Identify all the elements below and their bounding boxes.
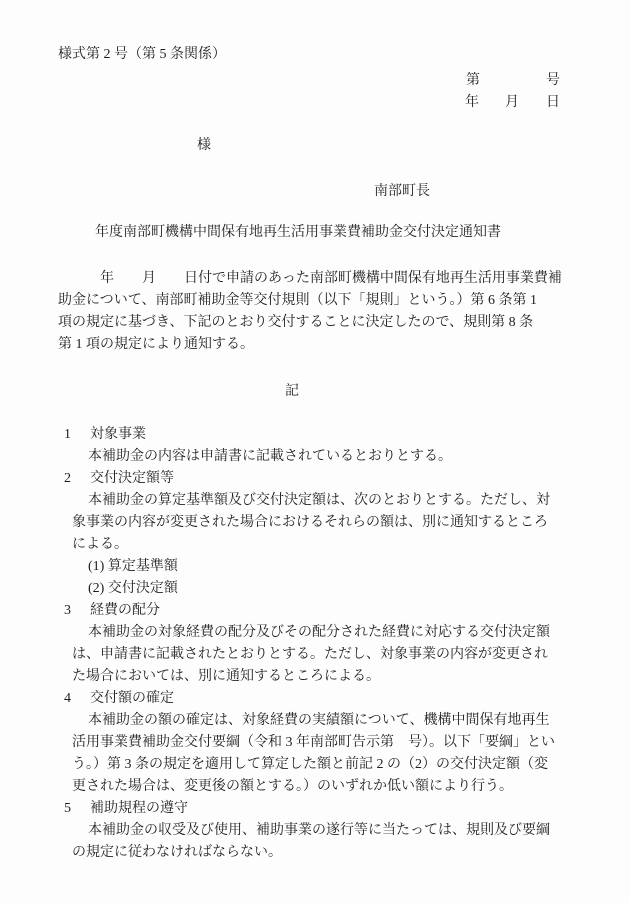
item-number: 4 (64, 688, 90, 710)
intro-line: 年 月 日付で申請のあった南部町機構中間保有地再生活用事業費補 (58, 268, 572, 290)
body-line: の規定に従わなければならない。 (58, 842, 572, 864)
body-line: 本補助金の対象経費の配分及びその配分された経費に対応する交付決定額 (58, 622, 572, 644)
body-line: は、申請書に記載されたとおりとする。ただし、対象事業の内容が変更され (58, 644, 572, 666)
document-number-suffix: 号 (546, 73, 560, 88)
intro-paragraph: 年 月 日付で申請のあった南部町機構中間保有地再生活用事業費補 助金について、南… (58, 268, 572, 356)
item-label: 経費の配分 (90, 603, 160, 618)
sub-item-line: (2) 交付決定額 (58, 578, 572, 600)
document-number: 第号 (58, 70, 572, 92)
item-3-heading: 3経費の配分 (58, 600, 572, 622)
intro-line: 項の規定に基づき、下記のとおり交付することに決定したので、規則第 8 条 (58, 312, 572, 334)
body-line: による。 (58, 534, 572, 556)
item-label: 対象事業 (90, 427, 146, 442)
body-line: 象事業の内容が変更された場合におけるそれらの額は、別に通知するところ (58, 512, 572, 534)
issue-date-month-label: 月 (505, 95, 519, 110)
item-number: 5 (64, 798, 90, 820)
item-label: 交付決定額等 (90, 471, 174, 486)
item-number: 1 (64, 424, 90, 446)
body-line: 更された場合は、変更後の額とする。）のいずれか低い額により行う。 (58, 776, 572, 798)
document-title: 年度南部町機構中間保有地再生活用事業費補助金交付決定通知書 (58, 222, 572, 244)
item-2-heading: 2交付決定額等 (58, 468, 572, 490)
body-line: 本補助金の内容は申請書に記載されているとおりとする。 (58, 446, 572, 468)
issue-date: 年月日 (58, 92, 572, 114)
body-line: 活用事業費補助金交付要綱（令和 3 年南部町告示第 号）。以下「要綱」とい (58, 732, 572, 754)
body-line: 本補助金の額の確定は、対象経費の実績額について、機構中間保有地再生 (58, 710, 572, 732)
issue-date-day-label: 日 (546, 95, 560, 110)
document-number-prefix: 第 (466, 73, 480, 88)
sender-title: 南部町長 (58, 181, 572, 203)
item-label: 補助規程の遵守 (90, 801, 188, 816)
item-1-heading: 1対象事業 (58, 424, 572, 446)
sub-item-line: (1) 算定基準額 (58, 556, 572, 578)
body-line: 本補助金の収受及び使用、補助事業の遂行等に当たっては、規則及び要綱 (58, 820, 572, 842)
body-line: う。）第 3 条の規定を適用して算定した額と前記 2 の（2）の交付決定額（変 (58, 754, 572, 776)
intro-line: 助金について、南部町補助金等交付規則（以下「規則」という。）第 6 条第 1 (58, 290, 572, 312)
item-number: 3 (64, 600, 90, 622)
addressee: 様 (58, 135, 572, 157)
intro-line: 第 1 項の規定により通知する。 (58, 334, 572, 356)
form-number: 様式第 2 号（第 5 条関係） (58, 44, 572, 66)
item-5-heading: 5補助規程の遵守 (58, 798, 572, 820)
body-line: 本補助金の算定基準額及び交付決定額は、次のとおりとする。ただし、対 (58, 490, 572, 512)
item-4-heading: 4交付額の確定 (58, 688, 572, 710)
issue-date-year-label: 年 (465, 95, 479, 110)
item-number: 2 (64, 468, 90, 490)
body-line: た場合においては、別に通知するところによる。 (58, 666, 572, 688)
item-label: 交付額の確定 (90, 691, 174, 706)
document-page: 様式第 2 号（第 5 条関係） 第号 年月日 様 南部町長 年度南部町機構中間… (0, 0, 630, 903)
ki-heading: 記 (58, 381, 572, 403)
item-list: 1対象事業 本補助金の内容は申請書に記載されているとおりとする。 2交付決定額等… (58, 424, 572, 864)
